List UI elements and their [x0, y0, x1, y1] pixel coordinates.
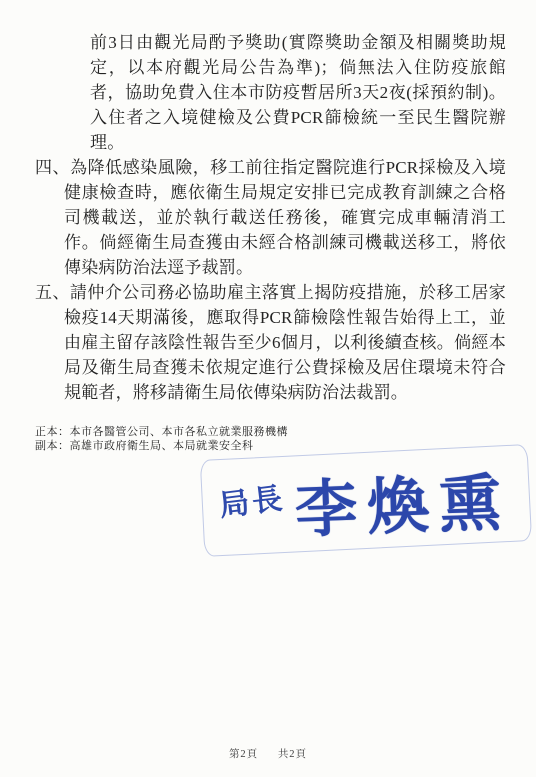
- recipient-original-label: 正本：: [35, 426, 70, 438]
- document-page: 前3日由觀光局酌予獎助(實際獎助金額及相關獎助規定，以本府觀光局公告為準)；倘無…: [0, 0, 536, 777]
- recipient-original-line: 正本：本市各醫管公司、本市各私立就業服務機構: [35, 425, 506, 439]
- paragraph-text: 前3日由觀光局酌予獎助(實際獎助金額及相關獎助規定，以本府觀光局公告為準)；倘無…: [90, 33, 506, 152]
- page-number-total: 共2頁: [278, 749, 307, 760]
- page-footer: 第2頁 共2頁: [0, 746, 536, 761]
- paragraph-text: 為降低感染風險，移工前往指定醫院進行PCR採檢及入境健康檢查時，應依衛生局規定安…: [64, 158, 506, 277]
- director-signature-stamp: 局長 李煥熏: [198, 444, 531, 560]
- paragraph-text: 請仲介公司務必協助雇主落實上揭防疫措施，於移工居家檢疫14天期滿後，應取得PCR…: [64, 283, 506, 402]
- recipient-original-value: 本市各醫管公司、本市各私立就業服務機構: [70, 426, 289, 438]
- body-paragraph-continuation: 前3日由觀光局酌予獎助(實際獎助金額及相關獎助規定，以本府觀光局公告為準)；倘無…: [35, 30, 506, 155]
- document-body: 前3日由觀光局酌予獎助(實際獎助金額及相關獎助規定，以本府觀光局公告為準)；倘無…: [35, 30, 506, 453]
- recipient-copy-label: 副本：: [35, 440, 70, 452]
- body-paragraph-item-5: 五、請仲介公司務必協助雇主落實上揭防疫措施，於移工居家檢疫14天期滿後，應取得P…: [35, 280, 506, 405]
- stamp-title: 局長: [216, 473, 287, 525]
- list-item-marker: 四、: [35, 158, 70, 177]
- recipient-copy-value: 高雄市政府衛生局、本局就業安全科: [70, 440, 254, 452]
- body-paragraph-item-4: 四、為降低感染風險，移工前往指定醫院進行PCR採檢及入境健康檢查時，應依衛生局規…: [35, 155, 506, 280]
- list-item-marker: 五、: [35, 283, 70, 302]
- page-number-current: 第2頁: [229, 749, 258, 760]
